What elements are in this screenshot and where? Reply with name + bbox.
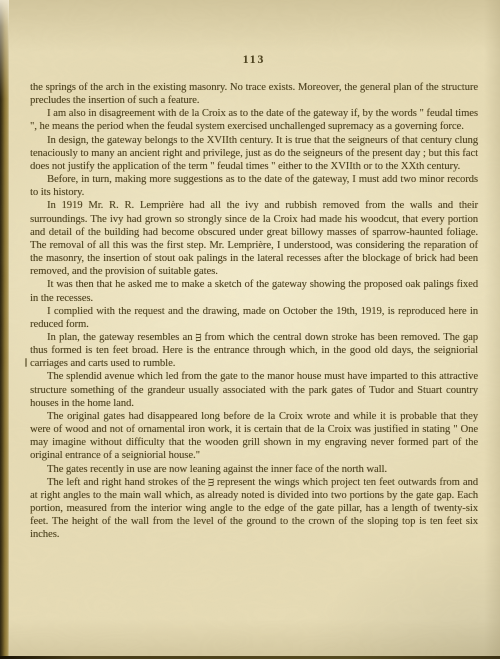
paragraph: Before, in turn, making more suggestions…: [30, 173, 478, 199]
paragraph: The splendid avenue which led from the g…: [30, 370, 478, 409]
binding-edge: [0, 0, 9, 659]
page-number: 113: [30, 54, 478, 66]
paragraph: the springs of the arch in the existing …: [30, 81, 478, 107]
paragraph: The gates recently in use are now leanin…: [30, 463, 478, 476]
paragraph: In 1919 Mr. R. R. Lemprière had all the …: [30, 199, 478, 278]
paragraph: I complied with the request and the draw…: [30, 305, 478, 331]
paragraph: In design, the gateway belongs to the XV…: [30, 134, 478, 173]
page-text: the springs of the arch in the existing …: [30, 81, 478, 541]
paragraph: The left and right hand strokes of the ᴟ…: [30, 476, 478, 542]
scan-artifact-mark: [25, 358, 27, 367]
paragraph: In plan, the gateway resembles an ᴟ from…: [30, 331, 478, 370]
paragraph: The original gates had disappeared long …: [30, 410, 478, 463]
paragraph: I am also in disagreement with de la Cro…: [30, 107, 478, 133]
paragraph: It was then that he asked me to make a s…: [30, 278, 478, 304]
scanned-book-page: 113 the springs of the arch in the exist…: [0, 0, 500, 659]
